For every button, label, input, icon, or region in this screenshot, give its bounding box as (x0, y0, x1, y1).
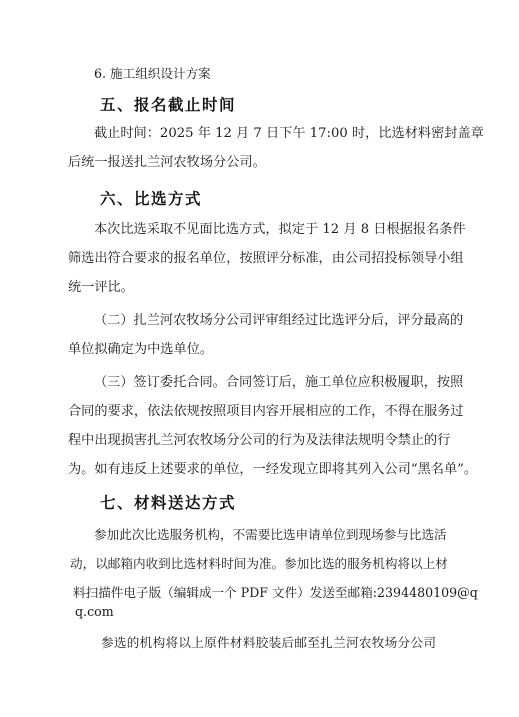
section-5-line-2: 后统一报送扎兰河农牧场分公司。 (68, 155, 266, 171)
section-7-p1-line-3: 料扫描件电子版（编辑成一个 PDF 文件）发送至邮箱:2394480109@q (73, 585, 435, 601)
section-7-p1-line-1: 参加此次比选服务机构，不需要比选申请单位到现场参与比选活 (94, 527, 435, 543)
section-6-p2-line-2: 单位拟确定为中选单位。 (68, 342, 213, 358)
section-7-heading: 七、材料送达方式 (100, 494, 236, 512)
item-6-construction-plan: 6. 施工组织设计方案 (94, 66, 211, 82)
section-6-p1-line-2: 筛选出符合要求的报名单位，按照评分标准，由公司招投标领导小组 (68, 251, 435, 267)
section-6-p3-line-4: 为。如有违反上述要求的单位，一经发现立即将其列入公司“黑名单”。 (68, 462, 442, 478)
section-6-heading: 六、比选方式 (100, 190, 202, 208)
section-6-p3-line-1: （三）签订委托合同。合同签订后，施工单位应积极履职，按照 (94, 375, 435, 391)
section-6-p1-line-3: 统一评比。 (68, 280, 134, 296)
section-5-heading: 五、报名截止时间 (100, 96, 236, 114)
email-address-suffix: q.com (75, 604, 114, 620)
section-5-line-1: 截止时间：2025 年 12 月 7 日下午 17:00 时，比选材料密封盖章 (94, 126, 435, 142)
section-7-p2: 参选的机构将以上原件材料胶装后邮至扎兰河农牧场分公司 (101, 635, 436, 651)
section-6-p1-line-1: 本次比选采取不见面比选方式，拟定于 12 月 8 日根据报名条件 (94, 222, 435, 238)
section-6-p3-line-2: 合同的要求，依法依规按照项目内容开展相应的工作，不得在服务过 (68, 404, 435, 420)
section-6-p2-line-1: （二）扎兰河农牧场分公司评审组经过比选评分后，评分最高的 (94, 313, 435, 329)
section-6-p3-line-3: 程中出现损害扎兰河农牧场分公司的行为及法律法规明令禁止的行 (68, 433, 435, 449)
section-7-p1-line-2: 动，以邮箱内收到比选材料时间为准。参加比选的服务机构将以上材 (70, 556, 435, 572)
